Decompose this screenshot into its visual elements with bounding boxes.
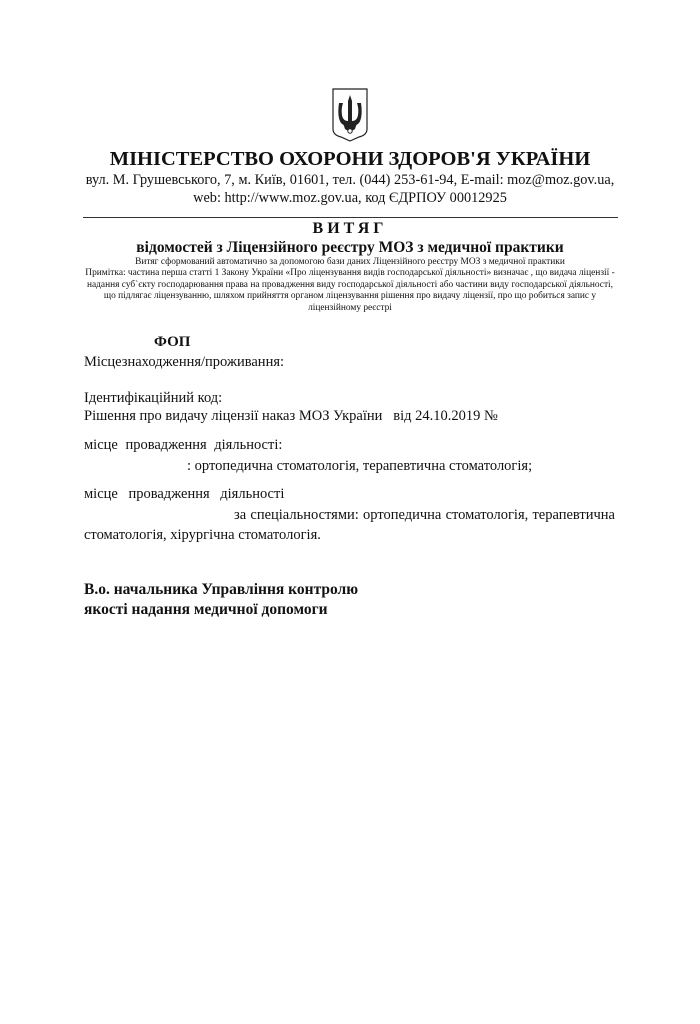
auto-generated-note: Витяг сформований автоматично за допомог… <box>80 257 620 269</box>
id-code-label: Ідентифікаційний код: <box>84 389 222 407</box>
place-of-activity-2-label: місце провадження діяльності <box>84 485 284 503</box>
ministry-title: МІНІСТЕРСТВО ОХОРОНИ ЗДОРОВ'Я УКРАЇНИ <box>0 147 700 171</box>
fop-label: ФОП <box>154 333 190 351</box>
place-of-activity-1-label: місце провадження діяльності: <box>84 436 282 454</box>
note-text: : частина перша статті 1 Закону України … <box>87 268 615 313</box>
document-title: ВИТЯГ <box>0 219 700 239</box>
license-decision: Рішення про видачу ліцензії наказ МОЗ Ук… <box>84 407 498 425</box>
tryzub-coat-of-arms-icon <box>331 87 369 143</box>
signature-position-line-2: якості надання медичної допомоги <box>84 600 358 620</box>
place-of-activity-2-specialties: за спеціальностями: ортопедична стоматол… <box>84 505 615 545</box>
address-line-1: вул. М. Грушевського, 7, м. Київ, 01601,… <box>80 171 620 189</box>
signature-position-line-1: В.о. начальника Управління контролю <box>84 580 358 600</box>
signature-block: В.о. начальника Управління контролю якос… <box>84 580 358 620</box>
header-divider <box>83 217 618 218</box>
place-of-activity-1-specialties: : ортопедична стоматологія, терапевтична… <box>187 457 532 475</box>
document-page: МІНІСТЕРСТВО ОХОРОНИ ЗДОРОВ'Я УКРАЇНИ ву… <box>0 0 700 1024</box>
note-label: Примітка <box>85 268 123 278</box>
location-label: Місцезнаходження/проживання: <box>84 353 284 371</box>
ministry-address: вул. М. Грушевського, 7, м. Київ, 01601,… <box>80 171 620 207</box>
document-subtitle: відомостей з Ліцензійного реєстру МОЗ з … <box>0 238 700 257</box>
address-line-2: web: http://www.moz.gov.ua, код ЄДРПОУ 0… <box>80 189 620 207</box>
legal-note: Примітка: частина перша статті 1 Закону … <box>83 268 617 314</box>
